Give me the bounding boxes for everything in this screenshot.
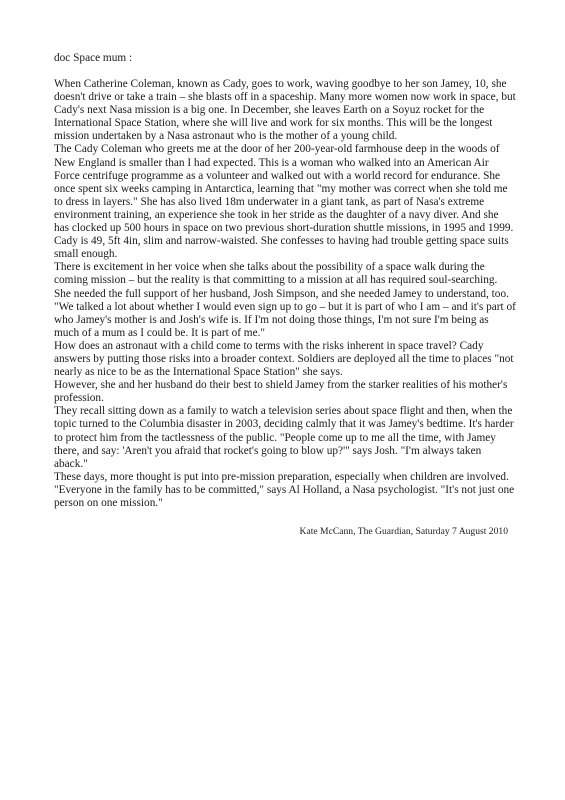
paragraph-5: How does an astronaut with a child come … — [54, 340, 516, 379]
document-page: doc Space mum : When Catherine Coleman, … — [54, 52, 516, 538]
paragraph-4: There is excitement in her voice when sh… — [54, 261, 516, 340]
paragraph-7: They recall sitting down as a family to … — [54, 405, 516, 470]
paragraph-1: When Catherine Coleman, known as Cady, g… — [54, 78, 516, 143]
paragraph-2: The Cady Coleman who greets me at the do… — [54, 143, 516, 235]
paragraph-6: However, she and her husband do their be… — [54, 379, 516, 405]
paragraph-8: These days, more thought is put into pre… — [54, 471, 516, 510]
document-title: doc Space mum : — [54, 52, 516, 65]
article-body: When Catherine Coleman, known as Cady, g… — [54, 78, 516, 510]
paragraph-3: Cady is 49, 5ft 4in, slim and narrow-wai… — [54, 235, 516, 261]
byline: Kate McCann, The Guardian, Saturday 7 Au… — [54, 526, 508, 538]
